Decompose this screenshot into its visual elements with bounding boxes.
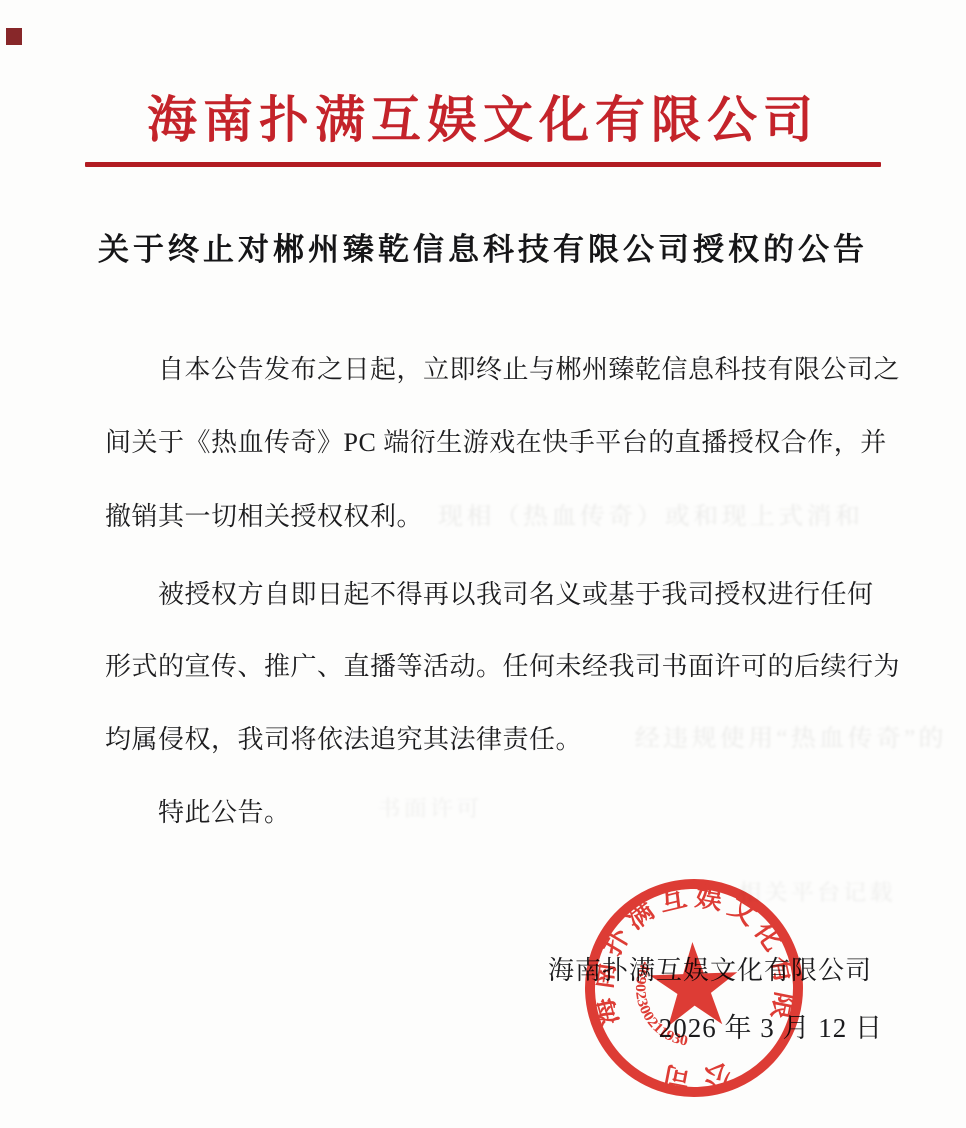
body-closing-line: 特此公告。 xyxy=(105,795,958,831)
company-seal-stamp: 海南扑满互娱文化有限 公司 46902300211930 xyxy=(565,859,824,1118)
body-paragraph2-line2: 形式的宣传、推广、直播等活动。任何未经我司书面许可的后续行为 xyxy=(105,649,905,685)
body-paragraph1-line2: 间关于《热血传奇》PC 端衍生游戏在快手平台的直播授权合作，并 xyxy=(105,425,905,461)
body-paragraph1-line3: 撤销其一切相关授权权利。 xyxy=(105,499,905,535)
body-paragraph1-line1: 自本公告发布之日起，立即终止与郴州臻乾信息科技有限公司之 xyxy=(105,352,958,388)
body-paragraph2-line1: 被授权方自即日起不得再以我司名义或基于我司授权进行任何 xyxy=(105,577,958,613)
seal-star-icon xyxy=(649,941,739,1027)
letterhead-divider-rule xyxy=(85,162,881,167)
seal-graphic: 海南扑满互娱文化有限 公司 46902300211930 xyxy=(565,859,824,1118)
company-letterhead: 海南扑满互娱文化有限公司 xyxy=(0,80,966,152)
body-paragraph2-line3: 均属侵权，我司将依法追究其法律责任。 xyxy=(105,722,905,758)
scan-corner-mark xyxy=(6,28,22,45)
announcement-title: 关于终止对郴州臻乾信息科技有限公司授权的公告 xyxy=(0,224,966,269)
announcement-document: 海南扑满互娱文化有限公司 关于终止对郴州臻乾信息科技有限公司授权的公告 现相（热… xyxy=(0,0,966,1128)
